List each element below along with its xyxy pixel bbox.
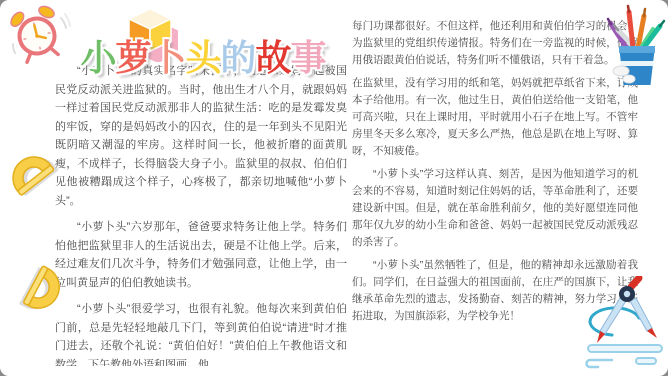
paragraph: “小萝卜头”的真实名字叫宋振中，他是和妈妈一起被国民党反动派关进监狱的。当时，他… <box>55 62 347 210</box>
title-char: 卜 <box>150 37 185 78</box>
right-text-column: 每门功课都很好。不但这样，他还利用和黄伯伯学习的机会，为监狱里的党组织传递情报。… <box>352 18 638 370</box>
page-title: 小萝卜头的故事 <box>57 30 349 81</box>
paragraph: “小萝卜头”六岁那年，爸爸要求特务让他上学。特务们怕他把监狱里非人的生活说出去，… <box>55 218 347 292</box>
left-text-column: “小萝卜头”的真实名字叫宋振中，他是和妈妈一起被国民党反动派关进监狱的。当时，他… <box>55 62 347 366</box>
title-char: 头 <box>185 37 220 78</box>
title-char: 萝 <box>115 37 150 78</box>
title-char: 的 <box>221 37 256 78</box>
paragraph: “小萝卜头”学习这样认真、刻苦，是因为他知道学习的机会来的不容易，知道时刻记住妈… <box>352 166 638 251</box>
paragraph: 每门功课都很好。不但这样，他还利用和黄伯伯学习的机会，为监狱里的党组织传递情报。… <box>352 18 638 69</box>
title-char: 事 <box>291 37 326 78</box>
presentation-slide: 小萝卜头的故事 “小萝卜头”的真实名字叫宋振中，他是和妈妈一起被国民党反动派关进… <box>0 0 668 376</box>
paragraph: “小萝卜头”虽然牺牲了，但是，他的精神却永远激励着我们。同学们，在日益强大的祖国… <box>352 257 638 325</box>
title-char: 小 <box>80 37 115 78</box>
title-char: 故 <box>256 37 291 78</box>
paragraph: 在监狱里，没有学习用的纸和笔，妈妈就把草纸省下来，订成本子给他用。有一次，他过生… <box>352 75 638 160</box>
paragraph: “小萝卜头”很爱学习，也很有礼貌。他每次来到黄伯伯门前，总是先轻轻地敲几下门，等… <box>55 300 347 366</box>
